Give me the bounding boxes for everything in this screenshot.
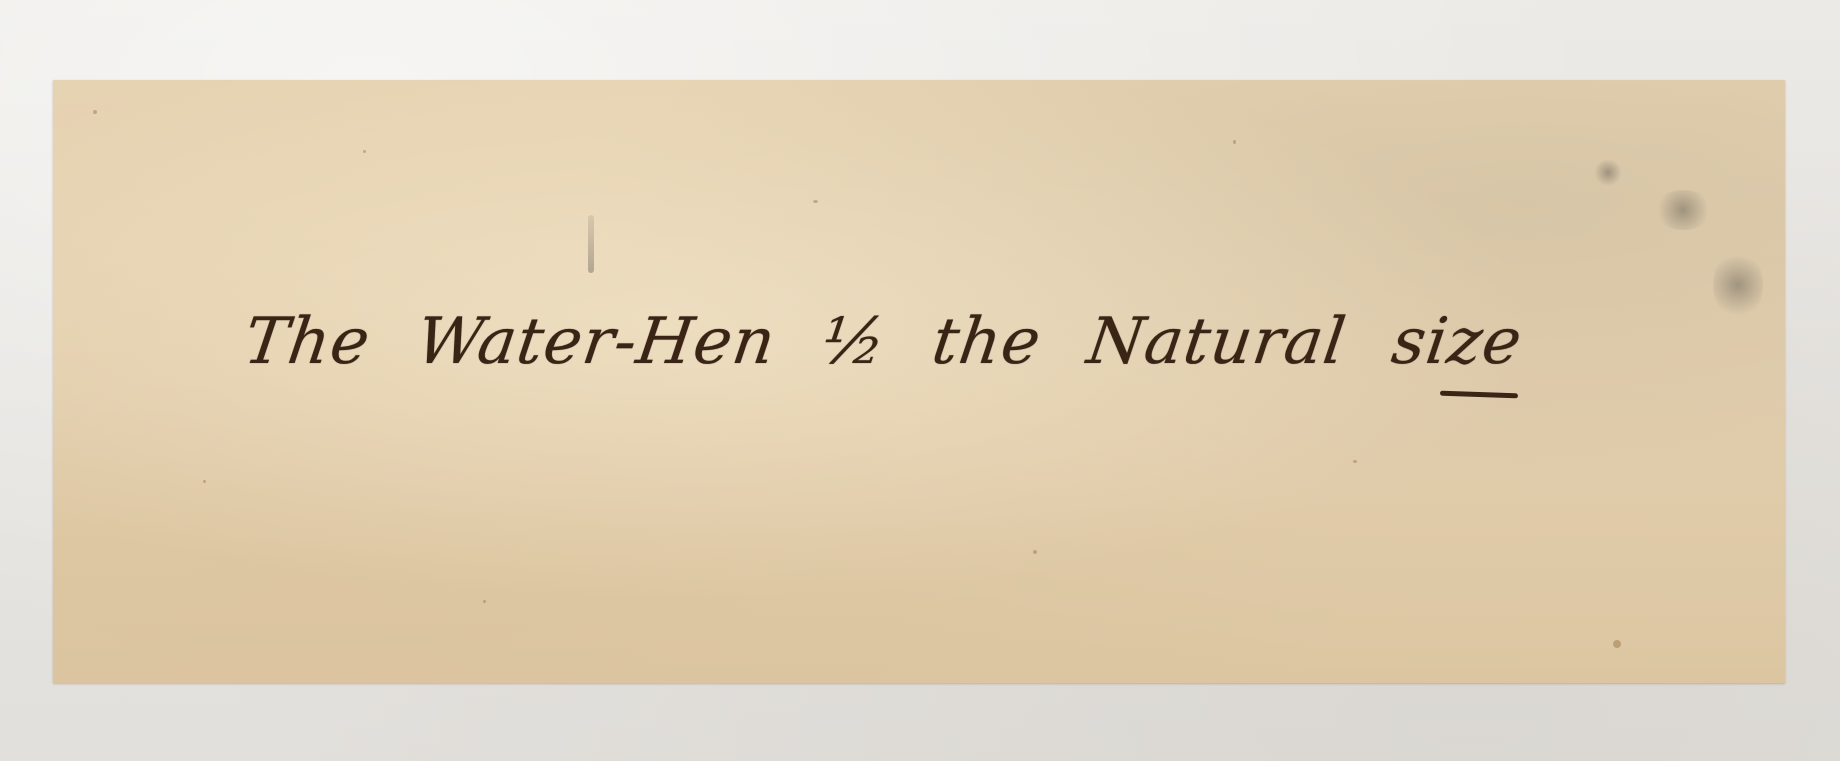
word-water-hen: Water-Hen xyxy=(412,305,780,379)
stain xyxy=(1713,250,1763,320)
paper-speck xyxy=(93,110,97,114)
handwritten-label xyxy=(53,80,1785,683)
stain xyxy=(1653,190,1713,230)
word-half: ½ xyxy=(817,305,890,379)
word-natural: Natural xyxy=(1083,305,1351,379)
pencil-mark xyxy=(588,215,594,273)
word-the: The xyxy=(240,305,375,379)
paper-speck xyxy=(363,150,366,153)
paper-speck xyxy=(1233,140,1236,144)
paper-speck xyxy=(1613,640,1621,648)
word-the-2: the xyxy=(928,305,1046,379)
mount-board: The Water-Hen ½ the Natural size xyxy=(0,0,1840,761)
paper-speck xyxy=(1353,460,1357,463)
paper-speck xyxy=(483,600,486,603)
stain xyxy=(1593,160,1623,185)
paper-speck xyxy=(1033,550,1037,554)
word-size: size xyxy=(1388,305,1527,379)
paper-speck xyxy=(813,200,818,203)
inscription: The Water-Hen ½ the Natural size xyxy=(240,305,1553,379)
paper-speck xyxy=(203,480,206,483)
